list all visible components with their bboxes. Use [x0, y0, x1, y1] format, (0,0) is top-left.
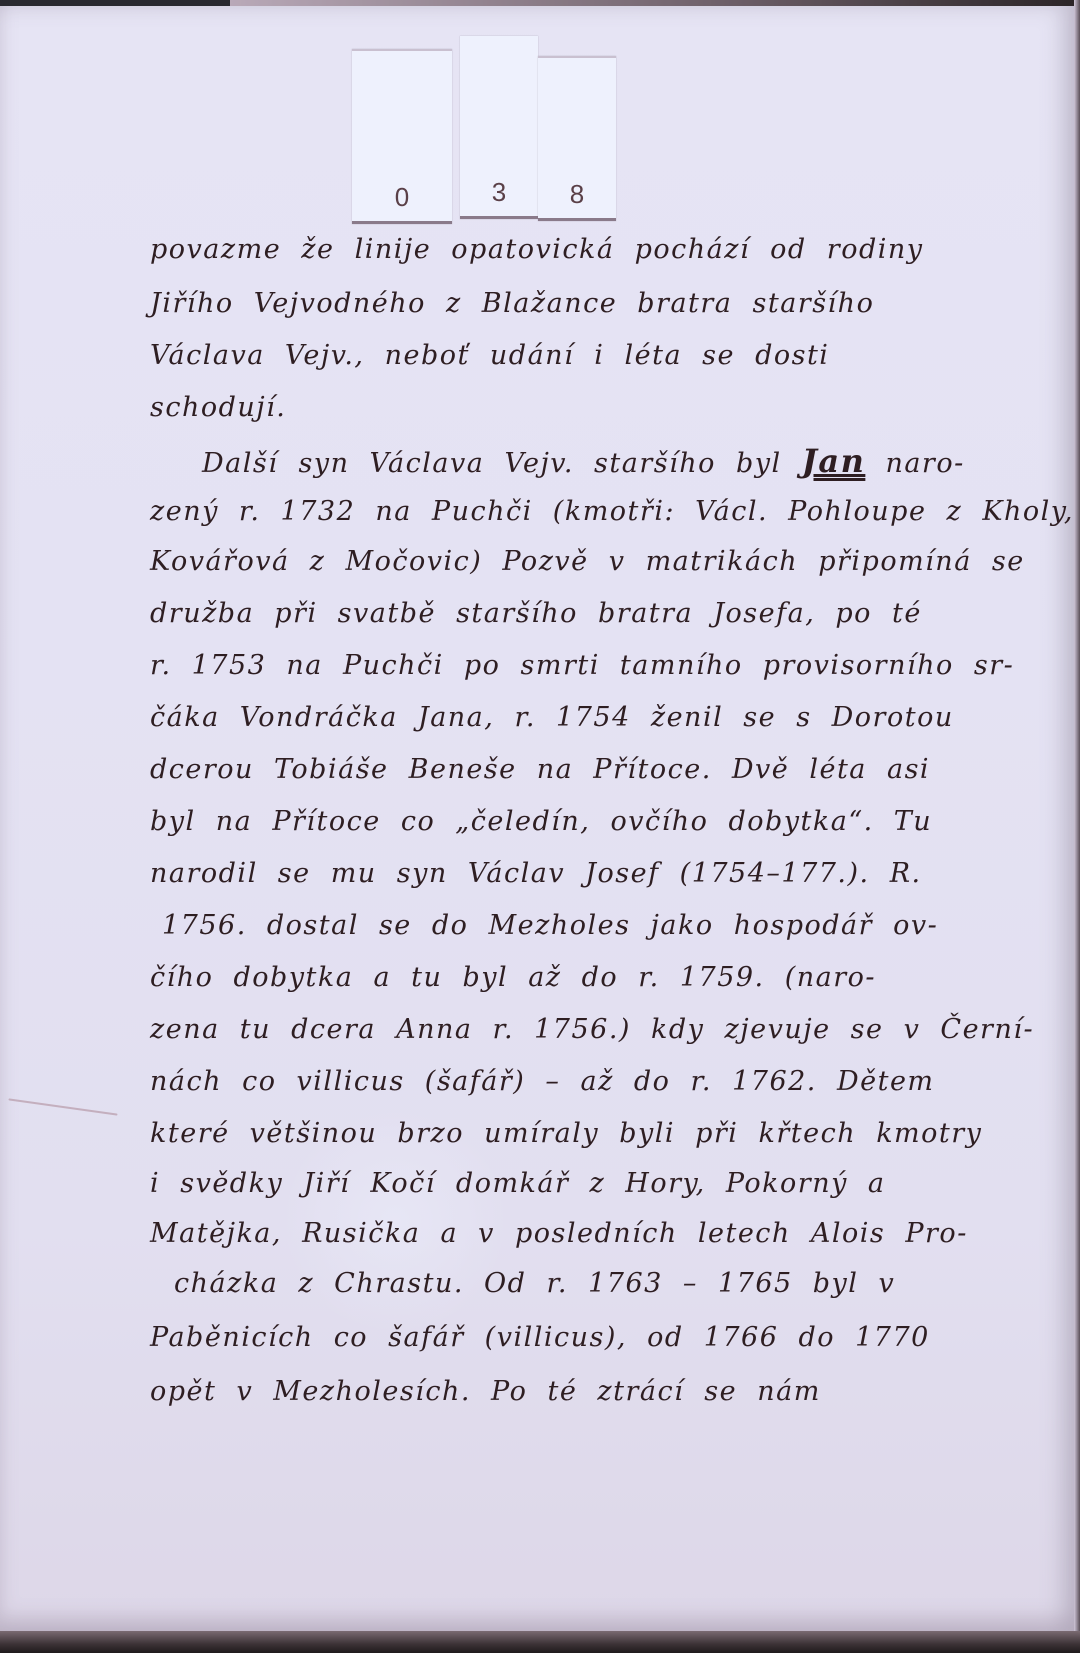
page-number-tab-tens: 3 [460, 36, 538, 219]
text-line: nách co villicus (šafář) – až do r. 1762… [150, 1066, 935, 1097]
page-top-edge [230, 0, 1080, 6]
page-right-edge [1074, 0, 1080, 1653]
text-line-paragraph-start: Další syn Václava Vejv. staršího byl Jan… [202, 442, 965, 480]
text-line: narodil se mu syn Václav Josef (1754–177… [150, 858, 922, 889]
text-line: družba při svatbě staršího bratra Josefa… [150, 598, 922, 629]
text-line: Václava Vejv., neboť udání i léta se dos… [150, 340, 829, 371]
text-line: Kovářová z Močovic) Pozvě v matrikách př… [150, 546, 1025, 577]
page-number-tab-units: 8 [538, 56, 616, 221]
text-line: zena tu dcera Anna r. 1756.) kdy zjevuje… [150, 1014, 1034, 1045]
text-line: byl na Přítoce co „čeledín, ovčího dobyt… [150, 806, 932, 837]
text-line: i svědky Jiří Kočí domkář z Hory, Pokorn… [150, 1168, 886, 1199]
text-fragment: Další syn Václava Vejv. staršího byl [202, 448, 802, 479]
underlined-name: Jan [802, 442, 866, 480]
text-line: 1756. dostal se do Mezholes jako hospodá… [162, 910, 938, 941]
text-line: schodují. [150, 392, 286, 423]
page-digit: 0 [352, 182, 452, 213]
text-line: cházka z Chrastu. Od r. 1763 – 1765 byl … [174, 1268, 895, 1299]
text-line: zený r. 1732 na Puchči (kmotři: Václ. Po… [150, 496, 1080, 527]
text-line: Paběnicích co šafář (villicus), od 1766 … [150, 1322, 930, 1353]
text-fragment: naro- [865, 448, 964, 479]
text-line: Matějka, Rusička a v posledních letech A… [150, 1218, 968, 1249]
page-number-tabs: 0 3 8 [352, 36, 642, 226]
text-line: Jiřího Vejvodného z Blažance bratra star… [150, 288, 874, 319]
manuscript-page: 0 3 8 povazme že linije opatovická pochá… [0, 6, 1075, 1631]
page-number-tab-hundreds: 0 [352, 49, 452, 224]
page-bottom-edge [0, 1631, 1080, 1653]
page-digit: 8 [538, 179, 616, 210]
page-digit: 3 [460, 177, 538, 208]
text-line: čího dobytka a tu byl až do r. 1759. (na… [150, 962, 876, 993]
text-line: opět v Mezholesích. Po té ztrácí se nám [150, 1376, 821, 1407]
stray-pen-mark [8, 1098, 117, 1115]
text-line: r. 1753 na Puchči po smrti tamního provi… [150, 650, 1014, 681]
text-line: dcerou Tobiáše Beneše na Přítoce. Dvě lé… [150, 754, 930, 785]
text-line: povazme že linije opatovická pochází od … [150, 234, 924, 265]
text-line: čáka Vondráčka Jana, r. 1754 ženil se s … [150, 702, 954, 733]
text-line: které většinou brzo umíraly byli při křt… [150, 1118, 982, 1149]
